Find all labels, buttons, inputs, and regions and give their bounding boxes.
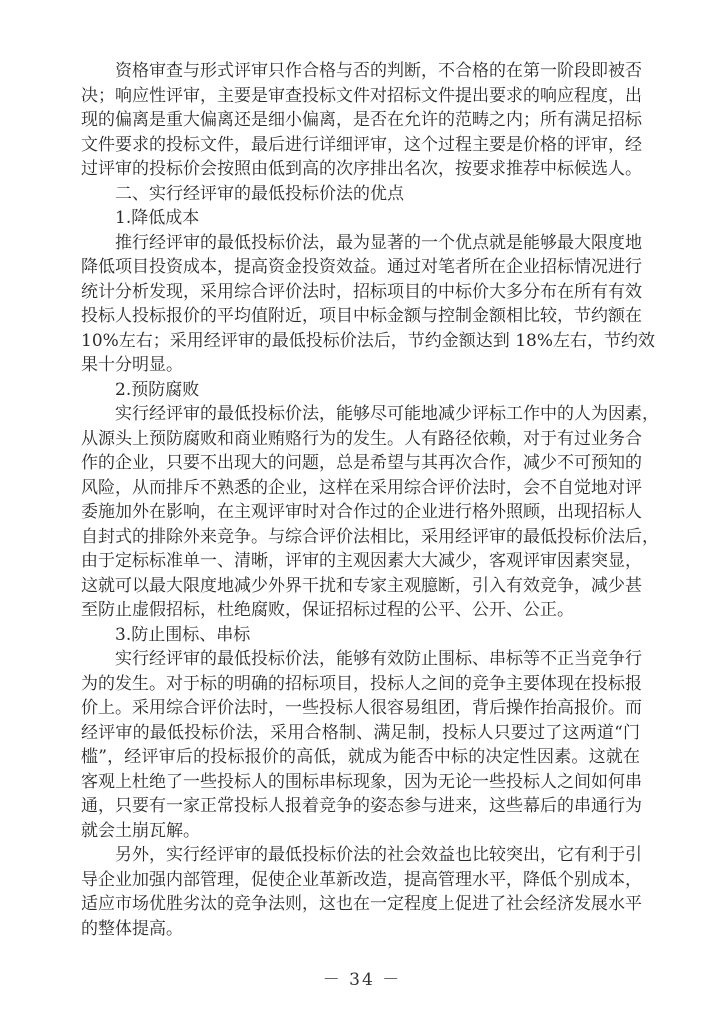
text-line: 10%左右；采用经评审的最低投标价法后，节约金额达到 18%左右，节约效 <box>81 329 640 354</box>
text-line: 槛”，经评审后的投标报价的高低，就成为能否中标的决定性因素。这就在 <box>81 745 640 770</box>
text-line: 果十分明显。 <box>81 353 640 378</box>
paragraph-qualification-review: 资格审查与形式评审只作合格与否的判断，不合格的在第一阶段即被否 决；响应性评审，… <box>81 59 640 182</box>
text-line: 就会土崩瓦解。 <box>81 819 640 844</box>
text-line: 作的企业，只要不出现大的问题，总是希望与其再次合作，减少不可预知的 <box>81 451 640 476</box>
text-line: 资格审查与形式评审只作合格与否的判断，不合格的在第一阶段即被否 <box>81 59 640 84</box>
text-line: 经评审的最低投标价法，采用合格制、满足制，投标人只要过了这两道“门 <box>81 721 640 746</box>
text-line: 客观上杜绝了一些投标人的围标串标现象，因为无论一些投标人之间如何串 <box>81 770 640 795</box>
text-line: 由于定标标准单一、清晰，评审的主观因素大大减少，客观评审因素突显， <box>81 549 640 574</box>
text-line: 自封式的排除外来竞争。与综合评价法相比，采用经评审的最低投标价法后， <box>81 525 640 550</box>
text-line: 适应市场优胜劣汰的竞争法则，这也在一定程度上促进了社会经济发展水平 <box>81 892 640 917</box>
text-line: 价上。采用综合评价法时，一些投标人很容易组团，背后操作抬高报价。而 <box>81 696 640 721</box>
document-page: 资格审查与形式评审只作合格与否的判断，不合格的在第一阶段即被否 决；响应性评审，… <box>81 59 640 941</box>
text-line: 为的发生。对于标的明确的招标项目，投标人之间的竞争主要体现在投标报 <box>81 672 640 697</box>
subsection-heading-prevent-corruption: 2.预防腐败 <box>81 378 640 403</box>
text-line: 通，只要有一家正常投标人报着竞争的姿态参与进来，这些幕后的串通行为 <box>81 794 640 819</box>
text-line: 的整体提高。 <box>81 917 640 942</box>
text-line: 文件要求的投标文件，最后进行详细评审，这个过程主要是价格的评审，经 <box>81 133 640 158</box>
paragraph-prevent-corruption: 实行经评审的最低投标价法，能够尽可能地减少评标工作中的人为因素， 从源头上预防腐… <box>81 402 640 623</box>
text-line: 降低项目投资成本，提高资金投资效益。通过对笔者所在企业招标情况进行 <box>81 255 640 280</box>
text-line: 现的偏离是重大偏离还是细小偏离，是否在允许的范畴之内；所有满足招标 <box>81 108 640 133</box>
text-line: 从源头上预防腐败和商业贿赂行为的发生。人有路径依赖，对于有过业务合 <box>81 427 640 452</box>
page-number: － 34 － <box>0 968 724 992</box>
text-line: 另外，实行经评审的最低投标价法的社会效益也比较突出，它有利于引 <box>81 843 640 868</box>
subsection-heading-reduce-cost: 1.降低成本 <box>81 206 640 231</box>
section-heading: 二、实行经评审的最低投标价法的优点 <box>81 182 640 207</box>
text-line: 投标人投标报价的平均值附近，项目中标金额与控制金额相比较，节约额在 <box>81 304 640 329</box>
text-line: 推行经评审的最低投标价法，最为显著的一个优点就是能够最大限度地 <box>81 231 640 256</box>
paragraph-social-benefits: 另外，实行经评审的最低投标价法的社会效益也比较突出，它有利于引 导企业加强内部管… <box>81 843 640 941</box>
text-line: 委施加外在影响，在主观评审时对合作过的企业进行格外照顾，出现招标人 <box>81 500 640 525</box>
paragraph-reduce-cost: 推行经评审的最低投标价法，最为显著的一个优点就是能够最大限度地 降低项目投资成本… <box>81 231 640 378</box>
text-line: 风险，从而排斥不熟悉的企业，这样在采用综合评价法时，会不自觉地对评 <box>81 476 640 501</box>
paragraph-prevent-bid-rigging: 实行经评审的最低投标价法，能够有效防止围标、串标等不正当竞争行 为的发生。对于标… <box>81 647 640 843</box>
text-line: 决；响应性评审，主要是审查投标文件对招标文件提出要求的响应程度，出 <box>81 84 640 109</box>
text-line: 至防止虚假招标，杜绝腐败，保证招标过程的公平、公开、公正。 <box>81 598 640 623</box>
text-line: 导企业加强内部管理，促使企业革新改造，提高管理水平，降低个别成本， <box>81 868 640 893</box>
text-line: 统计分析发现，采用综合评价法时，招标项目的中标价大多分布在所有有效 <box>81 280 640 305</box>
text-line: 实行经评审的最低投标价法，能够有效防止围标、串标等不正当竞争行 <box>81 647 640 672</box>
text-line: 过评审的投标价会按照由低到高的次序排出名次，按要求推荐中标候选人。 <box>81 157 640 182</box>
text-line: 这就可以最大限度地减少外界干扰和专家主观臆断，引入有效竞争，减少甚 <box>81 574 640 599</box>
text-line: 实行经评审的最低投标价法，能够尽可能地减少评标工作中的人为因素， <box>81 402 640 427</box>
subsection-heading-prevent-bid-rigging: 3.防止围标、串标 <box>81 623 640 648</box>
